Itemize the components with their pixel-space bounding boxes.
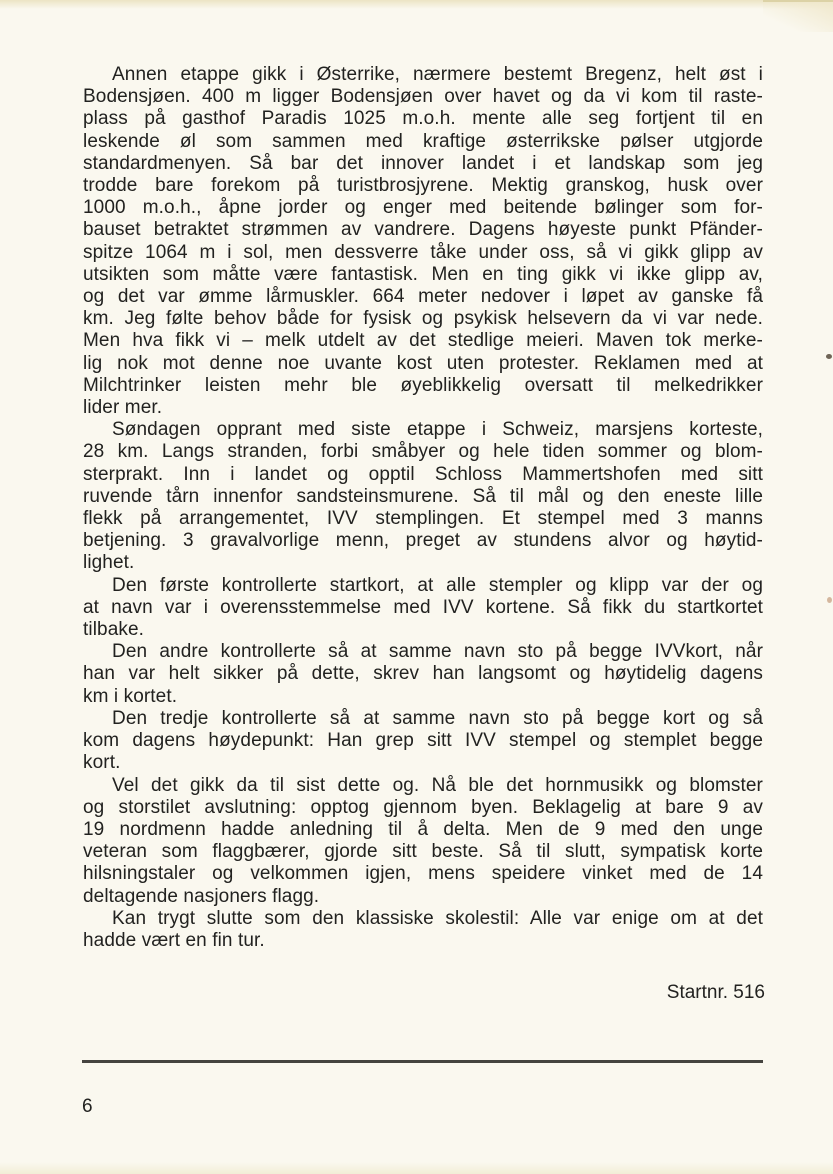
text-line: 19 nordmenn hadde anledning til å delta.…	[83, 819, 763, 841]
text-line: sterprakt. Inn i landet og opptil Schlos…	[83, 464, 763, 486]
scanned-document-page: Annen etappe gikk i Østerrike, nærmere b…	[0, 0, 833, 1174]
text-line: utsikten som måtte være fantastisk. Men …	[83, 264, 763, 286]
paragraph: Søndagen opprant med siste etappe i Schw…	[83, 419, 763, 574]
page-top-right-corner	[763, 0, 833, 32]
text-line: deltagende nasjoners flagg.	[83, 886, 763, 908]
text-line: kort.	[83, 752, 763, 774]
text-line: Søndagen opprant med siste etappe i Schw…	[83, 419, 763, 441]
text-line: han var helt sikker på dette, skrev han …	[83, 663, 763, 685]
text-line: 1000 m.o.h., åpne jorder og enger med be…	[83, 197, 763, 219]
text-line: lider mer.	[83, 397, 763, 419]
text-line: Bodensjøen. 400 m ligger Bodensjøen over…	[83, 86, 763, 108]
punch-hole-mark	[768, 352, 805, 389]
start-number: Startnr. 516	[667, 982, 765, 1004]
text-line: Men hva fikk vi – melk utdelt av det ste…	[83, 330, 763, 352]
text-line: lighet.	[83, 552, 763, 574]
text-line: bauset betraktet strømmen av vandrere. D…	[83, 219, 763, 241]
text-line: Milchtrinker leisten mehr ble øyeblikkel…	[83, 375, 763, 397]
text-line: tilbake.	[83, 619, 763, 641]
footer-rule	[82, 1060, 763, 1063]
text-line: Annen etappe gikk i Østerrike, nærmere b…	[83, 64, 763, 86]
text-line: km i kortet.	[83, 686, 763, 708]
paragraph: Annen etappe gikk i Østerrike, nærmere b…	[83, 64, 763, 419]
text-line: lig nok mot denne noe uvante kost uten p…	[83, 353, 763, 375]
scan-speck	[827, 597, 832, 603]
text-line: leskende øl som sammen med kraftige øste…	[83, 131, 763, 153]
paragraph: Den første kontrollerte startkort, at al…	[83, 575, 763, 642]
text-line: Den tredje kontrollerte så at samme navn…	[83, 708, 763, 730]
text-line: standardmenyen. Så bar det innover lande…	[83, 153, 763, 175]
text-line: veteran som flaggbærer, gjorde sitt best…	[83, 841, 763, 863]
page-number: 6	[82, 1096, 93, 1118]
page-bottom-edge	[0, 1162, 833, 1174]
text-line: og det var ømme lårmuskler. 664 meter ne…	[83, 286, 763, 308]
text-line: Kan trygt slutte som den klassiske skole…	[83, 908, 763, 930]
text-line: at navn var i overensstemmelse med IVV k…	[83, 597, 763, 619]
text-line: ruvende tårn innenfor sandsteinsmurene. …	[83, 486, 763, 508]
text-line: Vel det gikk da til sist dette og. Nå bl…	[83, 775, 763, 797]
text-line: spitze 1064 m i sol, men dessverre tåke …	[83, 242, 763, 264]
text-line: km. Jeg følte behov både for fysisk og p…	[83, 308, 763, 330]
text-line: betjening. 3 gravalvorlige menn, preget …	[83, 530, 763, 552]
article-body: Annen etappe gikk i Østerrike, nærmere b…	[83, 64, 763, 952]
paragraph: Vel det gikk da til sist dette og. Nå bl…	[83, 775, 763, 908]
text-line: Den første kontrollerte startkort, at al…	[83, 575, 763, 597]
text-line: og storstilet avslutning: opptog gjennom…	[83, 797, 763, 819]
text-line: 28 km. Langs stranden, forbi småbyer og …	[83, 441, 763, 463]
text-line: hilsningstaler og velkommen igjen, mens …	[83, 863, 763, 885]
page-top-edge	[0, 0, 833, 9]
text-line: trodde bare forekom på turistbrosjyrene.…	[83, 175, 763, 197]
paragraph: Kan trygt slutte som den klassiske skole…	[83, 908, 763, 952]
text-line: kom dagens høydepunkt: Han grep sitt IVV…	[83, 730, 763, 752]
text-line: plass på gasthof Paradis 1025 m.o.h. men…	[83, 108, 763, 130]
text-line: Den andre kontrollerte så at samme navn …	[83, 641, 763, 663]
text-line: hadde vært en fin tur.	[83, 930, 763, 952]
paragraph: Den tredje kontrollerte så at samme navn…	[83, 708, 763, 775]
paragraph: Den andre kontrollerte så at samme navn …	[83, 641, 763, 708]
scan-speck	[826, 354, 832, 359]
punch-hole-mark	[763, 802, 800, 839]
text-line: flekk på arrangementet, IVV stemplingen.…	[83, 508, 763, 530]
